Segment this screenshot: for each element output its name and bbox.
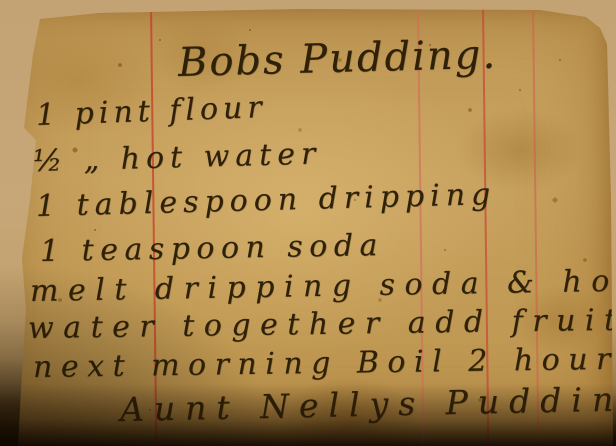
- recipe-line-together: water together add fruit: [28, 303, 616, 346]
- recipe-title: Bobs Pudding.: [177, 32, 497, 86]
- recipe-line-melt: melt dripping soda & hot: [30, 263, 616, 309]
- recipe-line-hot-water: ½ „ hot water: [33, 136, 322, 179]
- recipe-line-soda: 1 teaspoon soda: [40, 228, 385, 269]
- recipe-line-dripping: 1 tablespoon dripping: [36, 177, 497, 224]
- recipe-card: Bobs Pudding. 1 pint flour ½ „ hot water…: [0, 0, 616, 446]
- recipe-line-flour: 1 pint flour: [35, 90, 267, 133]
- recipe-line-boil: next morning Boil 2 hours: [33, 341, 616, 385]
- ruled-line: [532, 6, 539, 446]
- photo-background: Bobs Pudding. 1 pint flour ½ „ hot water…: [0, 0, 616, 446]
- recipe-line-aunt-nellys: Aunt Nellys Pudding: [120, 379, 616, 429]
